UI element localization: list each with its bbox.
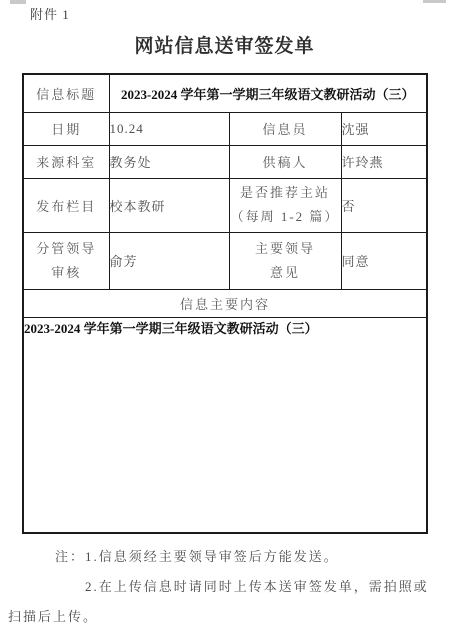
recommend-main-site-label: 是否推荐主站 （每周 1-2 篇） — [229, 178, 341, 232]
table-row-info-title: 信息标题 2023-2024 学年第一学期三年级语文教研活动（三） — [23, 74, 427, 112]
table-row-leader-review-opinion: 分管领导 审核 俞芳 主要领导 意见 同意 — [23, 232, 427, 289]
contributor-label: 供稿人 — [229, 145, 341, 178]
main-leader-opinion-value: 同意 — [341, 232, 427, 289]
source-dept-label: 来源科室 — [23, 145, 109, 178]
leader-review-label-line1: 分管领导 — [24, 237, 109, 261]
table-row-date-informant: 日期 10.24 信息员 沈强 — [23, 112, 427, 145]
approval-form-table: 信息标题 2023-2024 学年第一学期三年级语文教研活动（三） 日期 10.… — [22, 73, 428, 534]
table-row-content-body: 2023-2024 学年第一学期三年级语文教研活动（三） — [23, 317, 427, 533]
recommend-label-line1: 是否推荐主站 — [230, 181, 341, 205]
table-row-content-header: 信息主要内容 — [23, 289, 427, 317]
attachment-label: 附件 1 — [30, 6, 70, 24]
top-right-page-edge-artifact — [423, 0, 446, 3]
table-row-column-recommend: 发布栏目 校本教研 是否推荐主站 （每周 1-2 篇） 否 — [23, 178, 427, 232]
leader-review-value: 俞芳 — [109, 232, 229, 289]
main-leader-label-line2: 意见 — [230, 261, 341, 285]
main-leader-label-line1: 主要领导 — [230, 237, 341, 261]
info-title-label: 信息标题 — [23, 74, 109, 112]
content-body-cell: 2023-2024 学年第一学期三年级语文教研活动（三） — [23, 317, 427, 533]
informant-label: 信息员 — [229, 112, 341, 145]
content-header-cell: 信息主要内容 — [23, 289, 427, 317]
table-row-source-contributor: 来源科室 教务处 供稿人 许玲燕 — [23, 145, 427, 178]
recommend-main-site-value: 否 — [341, 178, 427, 232]
page-title: 网站信息送审签发单 — [0, 34, 449, 60]
leader-review-label: 分管领导 审核 — [23, 232, 109, 289]
source-dept-value: 教务处 — [109, 145, 229, 178]
top-left-page-edge-artifact — [10, 0, 26, 4]
leader-review-label-line2: 审核 — [24, 261, 109, 285]
note-line-2: 2.在上传信息时请同时上传本送审签发单，需拍照或 — [8, 572, 444, 602]
recommend-label-line2: （每周 1-2 篇） — [230, 205, 341, 229]
note-line-1: 注：1.信息须经主要领导审签后方能发送。 — [8, 542, 444, 572]
informant-value: 沈强 — [341, 112, 427, 145]
publish-column-value: 校本教研 — [109, 178, 229, 232]
contributor-value: 许玲燕 — [341, 145, 427, 178]
date-label: 日期 — [23, 112, 109, 145]
date-value: 10.24 — [109, 112, 229, 145]
publish-column-label: 发布栏目 — [23, 178, 109, 232]
note-line-3: 扫描后上传。 — [8, 602, 444, 632]
document-page: 附件 1 网站信息送审签发单 信息标题 2023-2024 学年第一学期三年级语… — [0, 0, 449, 633]
main-leader-opinion-label: 主要领导 意见 — [229, 232, 341, 289]
footer-notes: 注：1.信息须经主要领导审签后方能发送。 2.在上传信息时请同时上传本送审签发单… — [8, 542, 444, 632]
info-title-value: 2023-2024 学年第一学期三年级语文教研活动（三） — [109, 74, 427, 112]
